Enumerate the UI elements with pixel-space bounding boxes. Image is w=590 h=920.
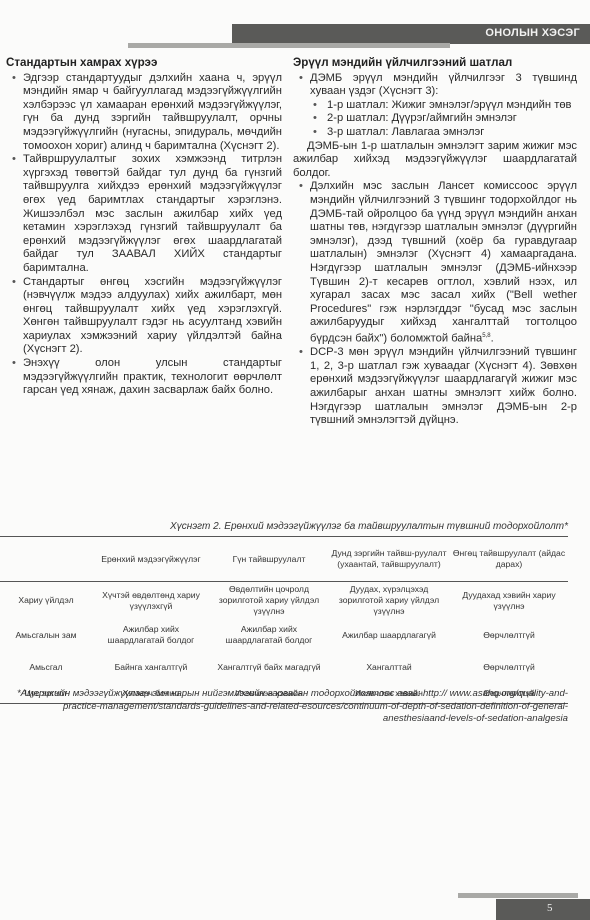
section-label: ОНОЛЫН ХЭСЭГ [485, 27, 580, 39]
table-caption: Хүснэгт 2. Ерөнхий мэдээгүйжүүлэг ба тай… [170, 521, 568, 532]
table-header-row: Ерөнхий мэдээгүйжүүлэг Гүн тайвшруулалт … [0, 537, 568, 582]
paragraph: ДЭМБ-ын 1-р шатлалын эмнэлэгт зарим жижи… [293, 140, 577, 181]
table-row: Хариу үйлдэлХүчтэй өвдөлтөнд хариу үзүүл… [0, 582, 568, 620]
table-cell: Амьсгалын зам [0, 619, 92, 651]
table-cell: Дуудах, хүрэлцэхэд зорилготой хариу үйлд… [328, 582, 450, 620]
level-item: 3-р шатлал: Лавлагаа эмнэлэг [293, 126, 577, 140]
list-item-text: Дэлхийн мэс заслын Лансет комиссоос эрүү… [310, 180, 577, 344]
page-number: 5 [547, 902, 553, 914]
table-cell: Амьсгал [0, 651, 92, 683]
right-intro-list: ДЭМБ эрүүл мэндийн үйлчилгээг 3 түвшинд … [293, 72, 577, 99]
table-footnote: *Америкийн мэдээгүйжүүлэгч эмч нарын ний… [14, 688, 568, 726]
list-item: Стандартыг өнгөц хэсгийн мэдээгүйжүүлэг … [6, 276, 282, 358]
level-item: 2-р шатлал: Дүүрэг/аймгийн эмнэлэг [293, 112, 577, 126]
table-row: Амьсгалын замАжилбар хийх шаардлагатай б… [0, 619, 568, 651]
table-header: Ерөнхий мэдээгүйжүүлэг [92, 537, 210, 582]
table-header: Дунд зэргийн тайвш-руулалт (ухаантай, та… [328, 537, 450, 582]
table-header [0, 537, 92, 582]
table-cell: Хангалтгүй байх магадгүй [210, 651, 328, 683]
table-header: Гүн тайвшруулалт [210, 537, 328, 582]
table-cell: Хүчтэй өвдөлтөнд хариу үзүүлэхгүй [92, 582, 210, 620]
level-item: 1-р шатлал: Жижиг эмнэлэг/эрүүл мэндийн … [293, 99, 577, 113]
footer-strip [458, 893, 578, 898]
sedation-table: Ерөнхий мэдээгүйжүүлэг Гүн тайвшруулалт … [0, 537, 568, 703]
table-cell: Ажилбар хийх шаардлагатай болдог [92, 619, 210, 651]
list-item: Эдгээр стандартуудыг дэлхийн хаана ч, эр… [6, 72, 282, 154]
table-header: Өнгөц тайвшруулалт (айдас дарах) [450, 537, 568, 582]
table-cell: Өөрчлөлтгүй [450, 619, 568, 651]
table-row: АмьсгалБайнга хангалтгүйХангалтгүй байх … [0, 651, 568, 683]
table-cell: Өөрчлөлтгүй [450, 651, 568, 683]
table-cell: Ажилбар хийх шаардлагатай болдог [210, 619, 328, 651]
header-strip [128, 43, 450, 48]
list-item: Тайвршруулалтыг зохих хэмжээнд титрлэн х… [6, 153, 282, 275]
table-cell: Байнга хангалтгүй [92, 651, 210, 683]
list-item: DCP-3 мөн эрүүл мэндийн үйлчилгээний түв… [293, 346, 577, 428]
right-column: Эрүүл мэндийн үйлчилгээний шатлал ДЭМБ э… [293, 56, 577, 428]
list-item: Энэхүү олон улсын стандартыг мэдээгүйжүү… [6, 357, 282, 398]
table-cell: Ажилбар шаардлагагүй [328, 619, 450, 651]
table-cell: Хангалттай [328, 651, 450, 683]
list-item: ДЭМБ эрүүл мэндийн үйлчилгээг 3 түвшинд … [293, 72, 577, 99]
table-cell: Хариу үйлдэл [0, 582, 92, 620]
left-bullet-list: Эдгээр стандартуудыг дэлхийн хаана ч, эр… [6, 72, 282, 398]
left-column: Стандартын хамрах хүрээ Эдгээр стандарту… [6, 56, 282, 398]
right-bullet-list: Дэлхийн мэс заслын Лансет комиссоос эрүү… [293, 180, 577, 427]
table-cell: Дуудахад хэвийн хариу үзүүлнэ [450, 582, 568, 620]
right-heading: Эрүүл мэндийн үйлчилгээний шатлал [293, 56, 577, 70]
citation-end: . [491, 333, 494, 345]
levels-list: 1-р шатлал: Жижиг эмнэлэг/эрүүл мэндийн … [293, 99, 577, 140]
list-item: Дэлхийн мэс заслын Лансет комиссоос эрүү… [293, 180, 577, 346]
citation: 5,8 [482, 333, 490, 339]
left-heading: Стандартын хамрах хүрээ [6, 56, 282, 70]
footer-band [496, 899, 590, 920]
table-cell: Өвдөлтийн цочролд зорилготой хариу үйлдэ… [210, 582, 328, 620]
